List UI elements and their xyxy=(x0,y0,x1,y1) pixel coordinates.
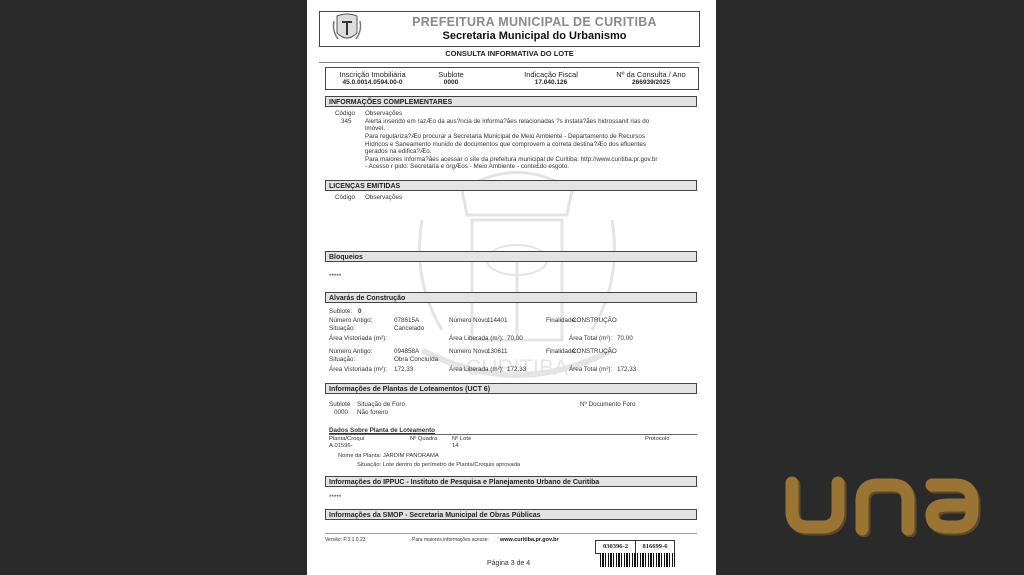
area-vistoriada-label: Área Vistoriada (m²): xyxy=(329,366,387,374)
numero-antigo-value: 078615A xyxy=(394,317,419,325)
header-subtitle: Secretaria Municipal do Urbanismo xyxy=(370,30,699,42)
area-total-label: Área Total (m²): xyxy=(569,335,612,343)
col-situacao-foro: Situação de Foro xyxy=(357,401,405,409)
version-text: Versão: P.3.1.0.23 xyxy=(325,537,366,545)
situacao-planta: Situação: Lote dentro do perímetro de Pl… xyxy=(357,462,520,470)
page-number: Página 3 de 4 xyxy=(487,560,530,568)
document-header: PREFEITURA MUNICIPAL DE CURITIBA Secreta… xyxy=(319,11,700,47)
situacao-label: Situação: xyxy=(329,356,355,364)
section-bloqueios: Bloqueios xyxy=(325,251,697,262)
barcode-icon xyxy=(600,553,675,567)
barcode-code-1: 030396-2 xyxy=(595,540,636,554)
col-quadra: Nº Quadra xyxy=(410,436,437,444)
inscricao-field: Inscrição Imobiliária 45.0.0014.0594.00-… xyxy=(330,70,415,86)
finalidade-value: CONSTRUÇÃO xyxy=(572,348,617,356)
situacao-foro-value: Não foreiro xyxy=(357,409,388,417)
col-codigo: Código xyxy=(335,110,355,118)
ippuc-value: ***** xyxy=(329,494,341,502)
divider xyxy=(319,62,700,63)
situacao-value: Cancelado xyxy=(394,325,424,333)
col-protocolo: Protocolo xyxy=(645,436,670,444)
codigo-value: 345 xyxy=(341,118,352,126)
finalidade-value: CONSTRUÇÃO xyxy=(572,317,617,325)
sublote-value: 0000 xyxy=(334,409,348,417)
footer-url-link[interactable]: www.curitiba.pr.gov.br xyxy=(500,537,559,545)
col-observacoes: Observações xyxy=(365,110,402,118)
document-title: CONSULTA INFORMATIVA DO LOTE xyxy=(319,49,700,58)
obs-line: Alerta inserido em razÆo da aus?ncia de … xyxy=(365,118,649,126)
section-plantas-loteamentos: Informações de Plantas de Loteamentos (U… xyxy=(325,383,697,394)
col-sublote: Sublote xyxy=(329,401,350,409)
alvara-sublote-value: 0 xyxy=(358,308,362,316)
section-licencas-emitidas: LICENÇAS EMITIDAS xyxy=(325,180,697,191)
footer-divider xyxy=(325,533,697,534)
sublote-field: Sublote 0000 xyxy=(431,70,471,86)
city-crest-icon xyxy=(332,13,362,44)
barcode-code-2: 816699-6 xyxy=(635,540,675,554)
city-crest-watermark-icon: CURITIBA xyxy=(402,160,632,400)
area-liberada-label: Área Liberada (m²): xyxy=(449,335,504,343)
area-total-value: 172,33 xyxy=(617,366,636,374)
section-ippuc: Informações do IPPUC - Instituto de Pesq… xyxy=(325,476,697,487)
obs-line: - Acesso r pido: Secretaria e órgÆos - M… xyxy=(365,163,569,171)
obs-line: gerados na edifica?Æo. xyxy=(365,148,432,156)
numero-antigo-label: Número Antigo: xyxy=(329,348,372,356)
consulta-number-field: Nº da Consulta / Ano 266939/2025 xyxy=(606,70,696,86)
area-vistoriada-value: 172,33 xyxy=(394,366,413,374)
more-info-text: Para maiores informações acesse: xyxy=(412,537,489,545)
area-total-label: Área Total (m²): xyxy=(569,366,612,374)
area-vistoriada-label: Área Vistoriada (m²): xyxy=(329,335,387,343)
una-logo-icon xyxy=(780,475,985,537)
alvara-sublote-label: Sublote: xyxy=(329,308,352,316)
document-page: CURITIBA PREFEITURA MUNICIPAL DE CURITIB… xyxy=(307,0,716,575)
header-title: PREFEITURA MUNICIPAL DE CURITIBA xyxy=(370,15,699,29)
area-liberada-value: 70,00 xyxy=(507,335,523,343)
obs-line: imóvel. xyxy=(365,125,385,133)
indicacao-fiscal-field: Indicação Fiscal 17.040.126 xyxy=(511,70,591,86)
section-informacoes-complementares: INFORMAÇÕES COMPLEMENTARES xyxy=(325,96,697,107)
numero-antigo-value: 094858A xyxy=(394,348,419,356)
numero-novo-label: Número Novo: xyxy=(449,317,490,325)
situacao-label: Situação: xyxy=(329,325,355,333)
col-codigo: Código xyxy=(335,194,355,202)
section-alvaras: Alvarás de Construção xyxy=(325,292,697,303)
col-documento-foro: Nº Documento Foro xyxy=(580,401,636,409)
area-liberada-value: 172,33 xyxy=(507,366,526,374)
planta-value: A.01596- xyxy=(329,443,353,451)
section-smop: Informações da SMOP - Secretaria Municip… xyxy=(325,509,697,520)
numero-novo-label: Número Novo: xyxy=(449,348,490,356)
bloqueios-value: ***** xyxy=(329,273,341,281)
area-total-value: 70,00 xyxy=(617,335,633,343)
lote-value: 14 xyxy=(452,443,458,451)
divider xyxy=(329,434,697,435)
numero-novo-value: 114401 xyxy=(487,317,508,325)
area-liberada-label: Área Liberada (m²): xyxy=(449,366,504,374)
numero-novo-value: 130611 xyxy=(487,348,508,356)
obs-line: Para regulariza?Æo procurar a Secretaria… xyxy=(365,133,645,141)
numero-antigo-label: Número Antigo: xyxy=(329,317,372,325)
nome-planta: Nome da Planta: JARDIM PANORAMA xyxy=(338,453,439,461)
situacao-value: Obra Concluída xyxy=(394,356,438,364)
identification-box: Inscrição Imobiliária 45.0.0014.0594.00-… xyxy=(325,67,699,90)
col-observacoes: Observações xyxy=(365,194,402,202)
